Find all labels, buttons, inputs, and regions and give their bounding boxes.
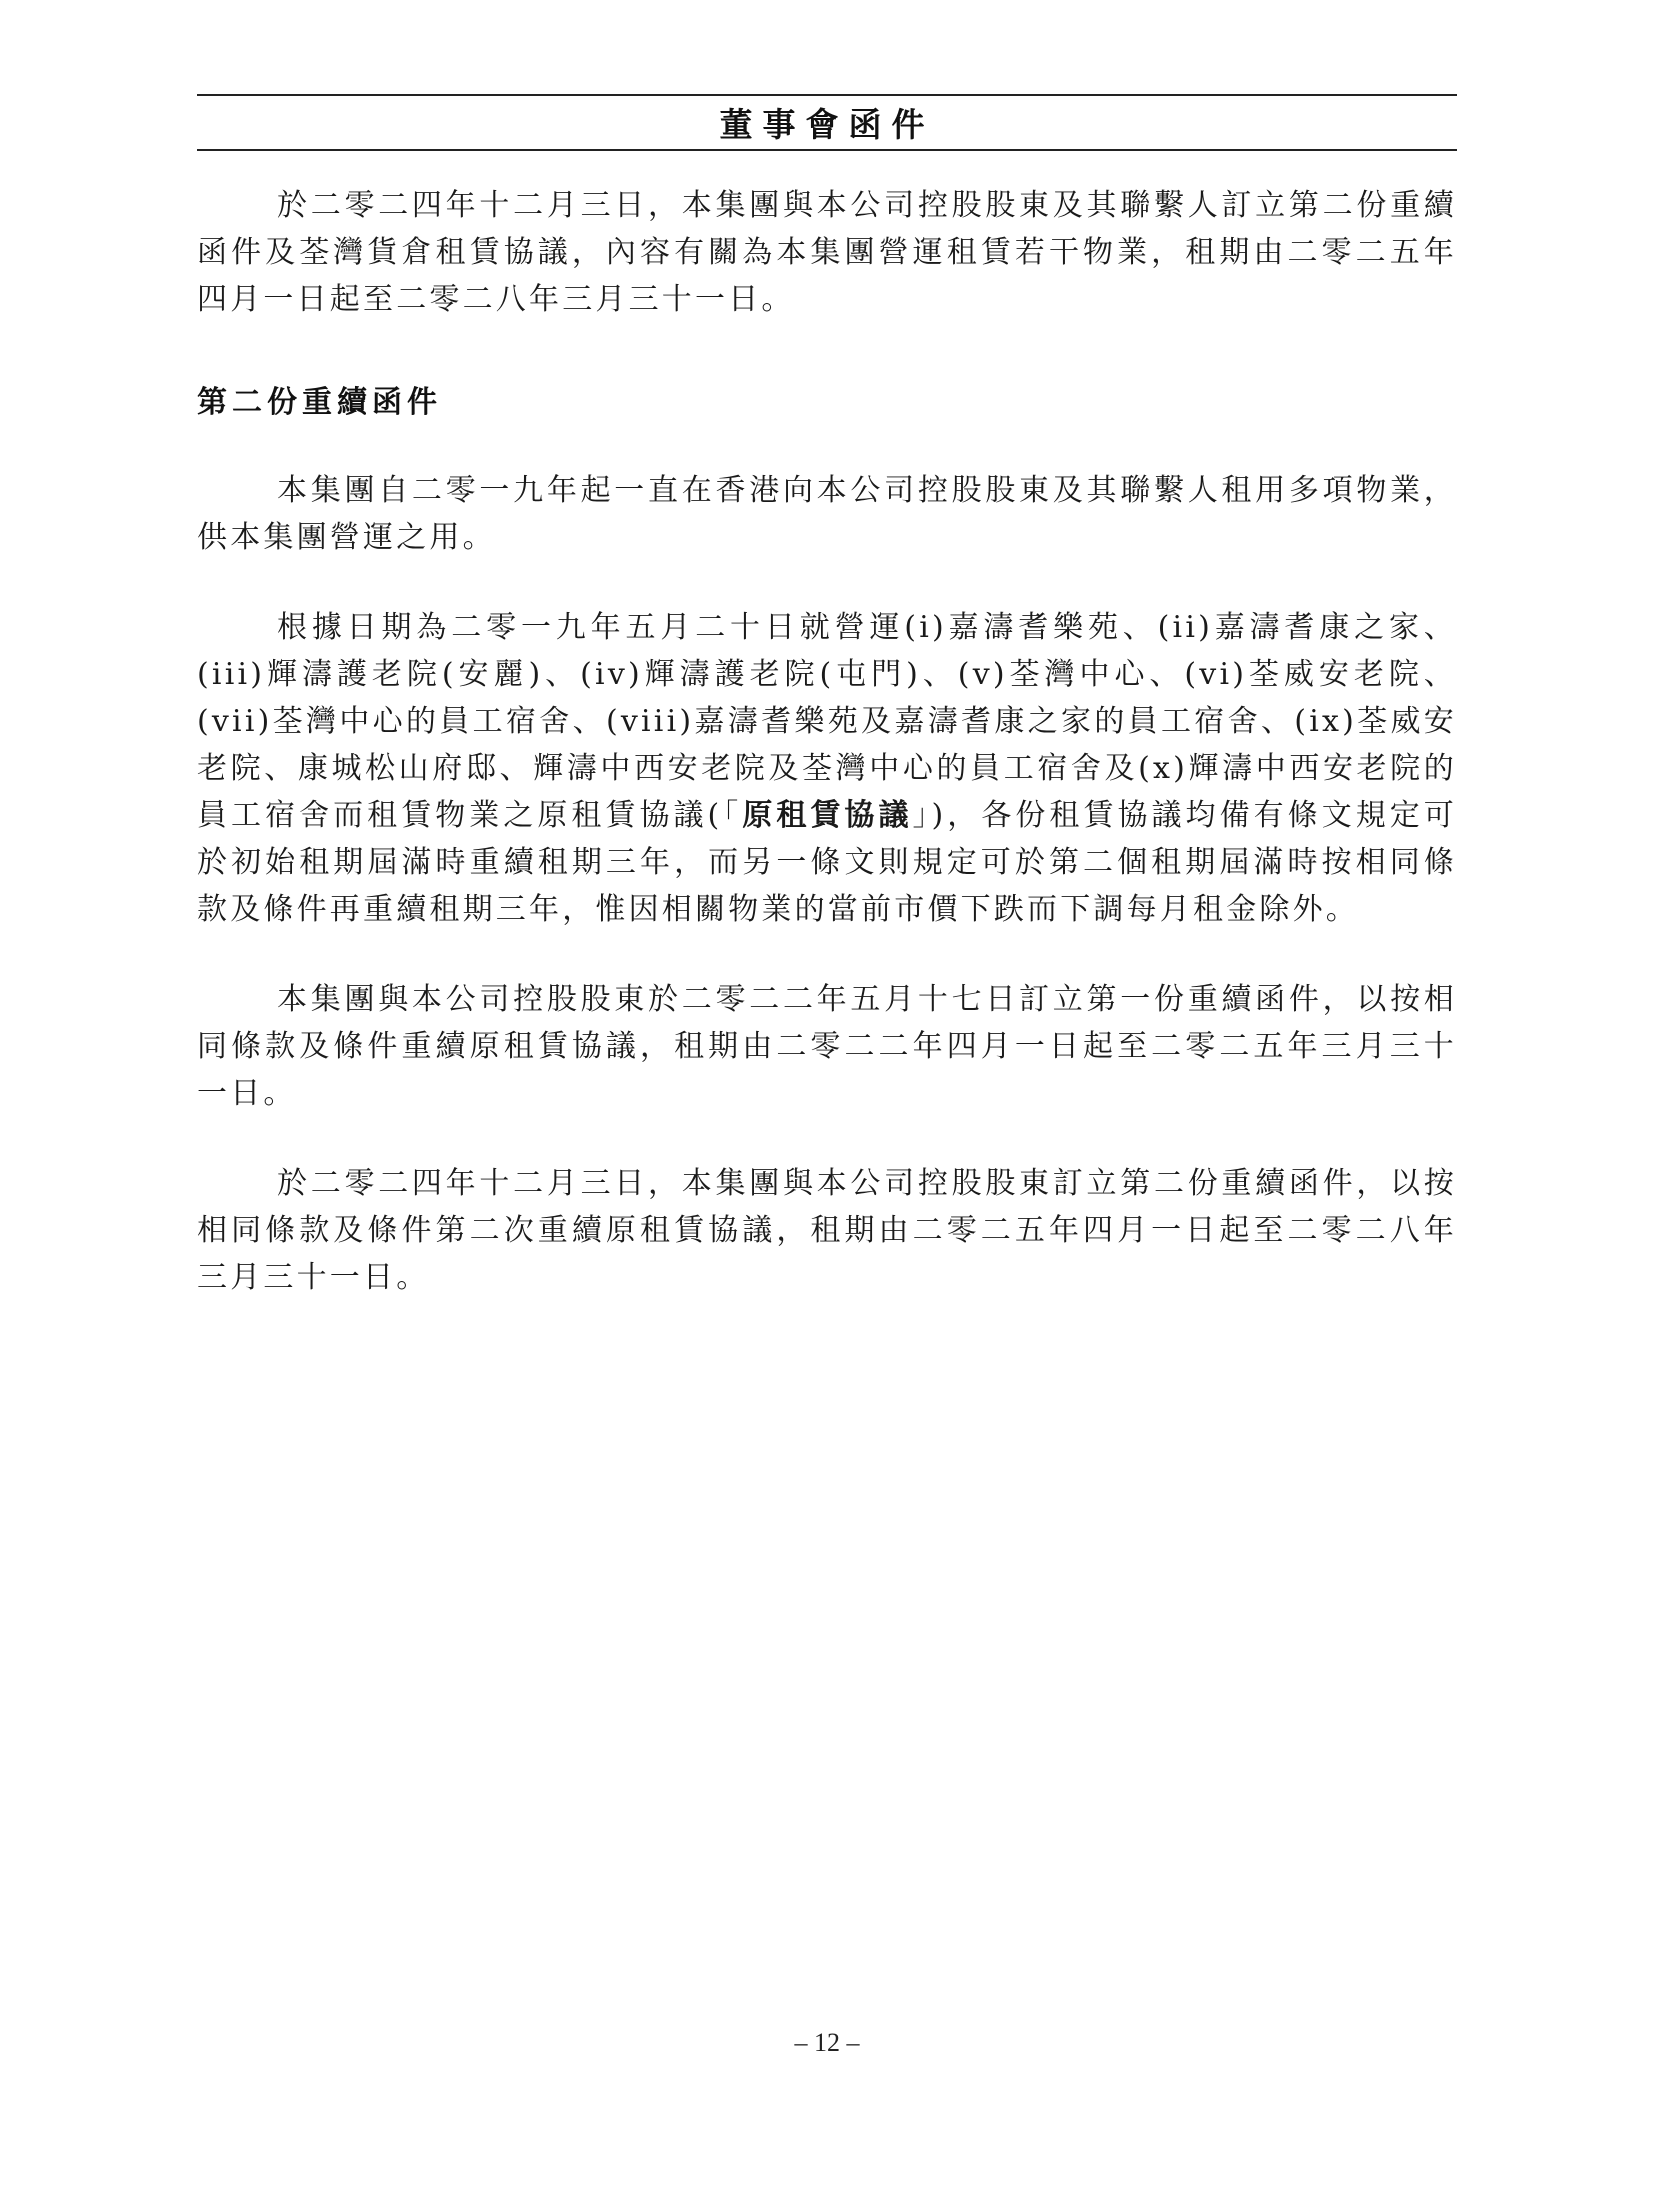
header-title: 董事會函件	[720, 99, 935, 146]
paragraph-2: 根據日期為二零一九年五月二十日就營運(i)嘉濤耆樂苑、(ii)嘉濤耆康之家、(i…	[197, 604, 1457, 933]
page-number: – 12 –	[0, 2028, 1654, 2058]
document-page: 董事會函件 於二零二四年十二月三日，本集團與本公司控股股東及其聯繫人訂立第二份重…	[197, 94, 1457, 1301]
section-heading: 第二份重續函件	[197, 377, 1457, 421]
intro-paragraph: 於二零二四年十二月三日，本集團與本公司控股股東及其聯繫人訂立第二份重續函件及荃灣…	[197, 182, 1457, 323]
paragraph-3: 本集團與本公司控股股東於二零二二年五月十七日訂立第一份重續函件，以按相同條款及條…	[197, 976, 1457, 1117]
page-header: 董事會函件	[197, 94, 1457, 151]
paragraph-1: 本集團自二零一九年起一直在香港向本公司控股股東及其聯繫人租用多項物業，供本集團營…	[197, 467, 1457, 561]
paragraph-4: 於二零二四年十二月三日，本集團與本公司控股股東訂立第二份重續函件，以按相同條款及…	[197, 1160, 1457, 1301]
defined-term: 原租賃協議	[742, 798, 912, 833]
